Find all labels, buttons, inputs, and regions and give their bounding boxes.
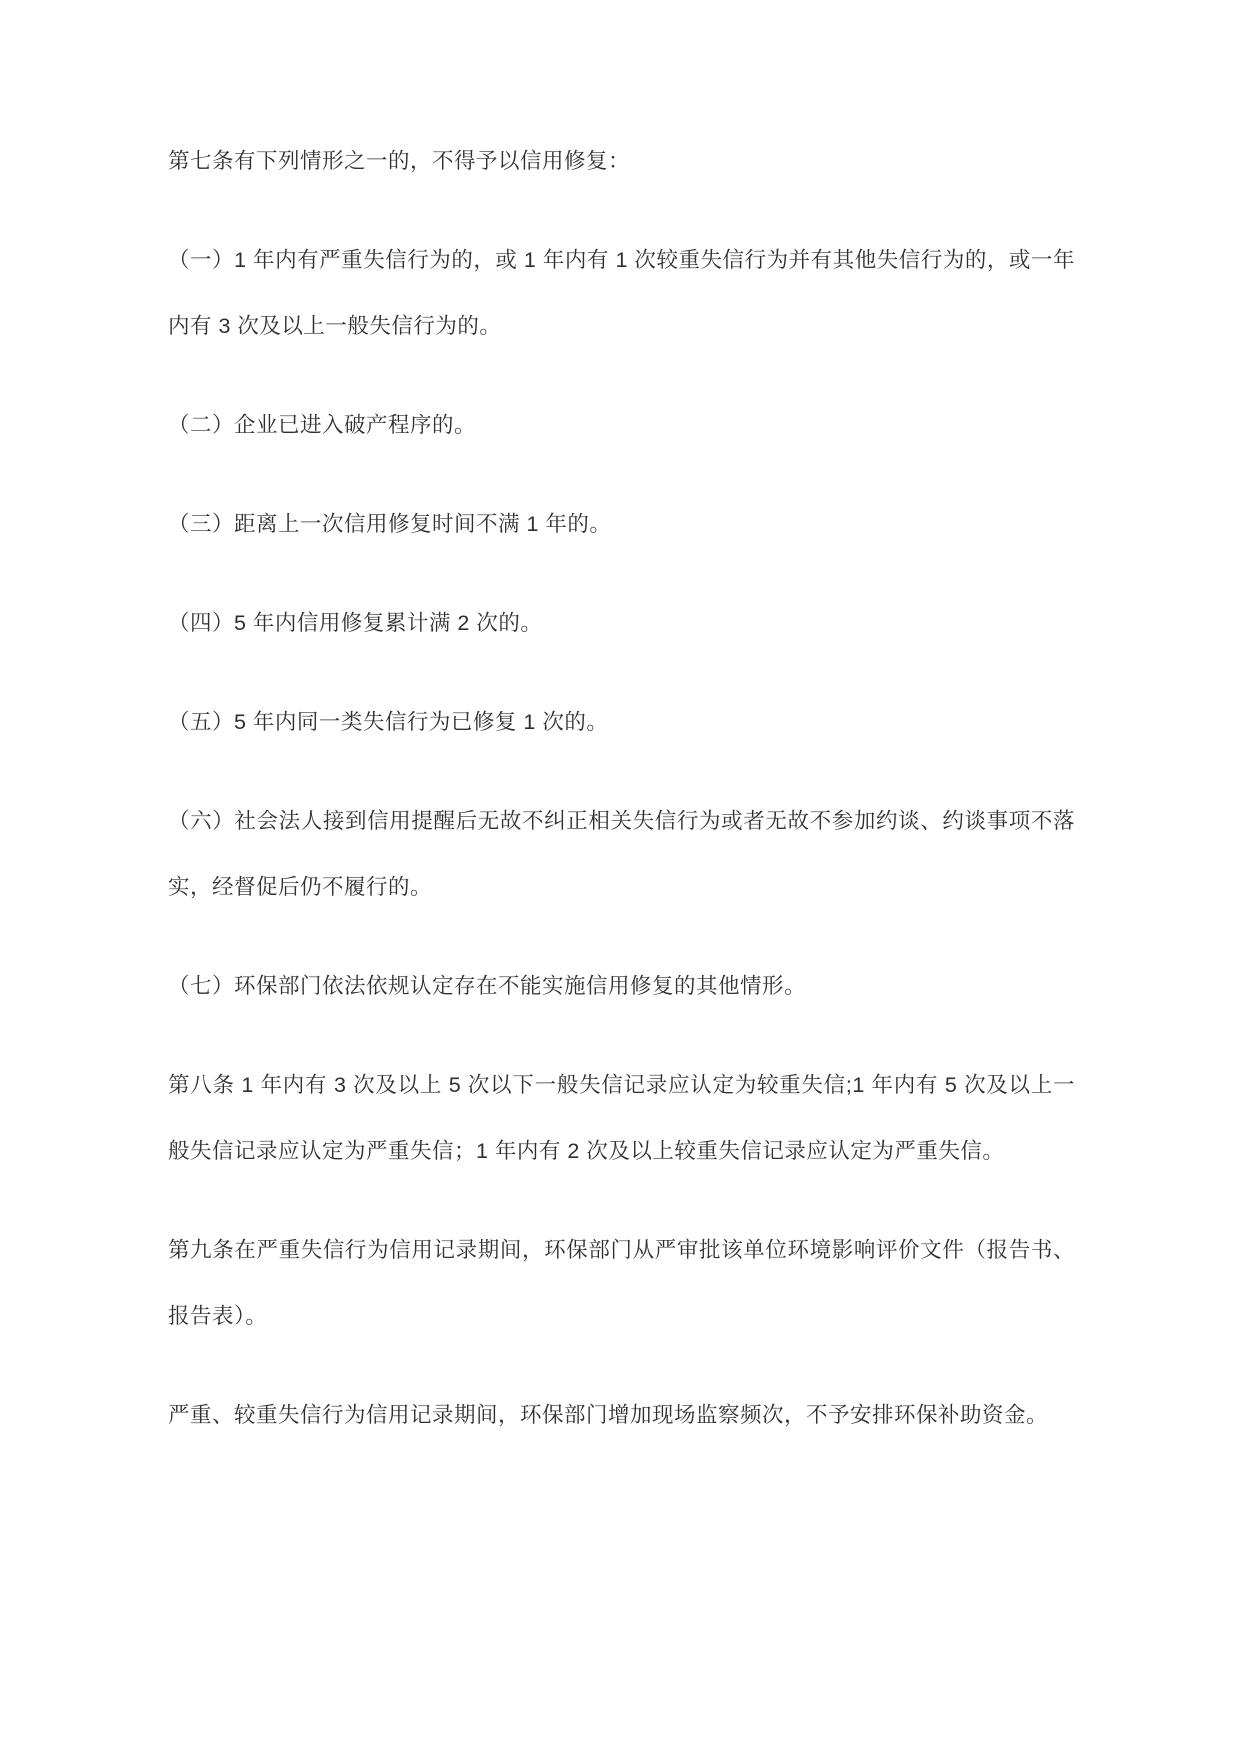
paragraph-article-9: 第九条在严重失信行为信用记录期间，环保部门从严审批该单位环境影响评价文件（报告书… <box>168 1217 1075 1349</box>
paragraph-item-4: （四）5 年内信用修复累计满 2 次的。 <box>168 590 1075 656</box>
document-body: 第七条有下列情形之一的，不得予以信用修复： （一）1 年内有严重失信行为的，或 … <box>168 128 1075 1448</box>
paragraph-item-6: （六）社会法人接到信用提醒后无故不纠正相关失信行为或者无故不参加约谈、约谈事项不… <box>168 788 1075 920</box>
paragraph-article-7-intro: 第七条有下列情形之一的，不得予以信用修复： <box>168 128 1075 194</box>
paragraph-item-3: （三）距离上一次信用修复时间不满 1 年的。 <box>168 491 1075 557</box>
paragraph-item-1: （一）1 年内有严重失信行为的，或 1 年内有 1 次较重失信行为并有其他失信行… <box>168 227 1075 359</box>
paragraph-article-8: 第八条 1 年内有 3 次及以上 5 次以下一般失信记录应认定为较重失信;1 年… <box>168 1052 1075 1184</box>
document-page: 第七条有下列情形之一的，不得予以信用修复： （一）1 年内有严重失信行为的，或 … <box>0 0 1241 1754</box>
paragraph-item-7: （七）环保部门依法依规认定存在不能实施信用修复的其他情形。 <box>168 953 1075 1019</box>
paragraph-item-2: （二）企业已进入破产程序的。 <box>168 392 1075 458</box>
paragraph-article-9-cont: 严重、较重失信行为信用记录期间，环保部门增加现场监察频次，不予安排环保补助资金。 <box>168 1382 1075 1448</box>
paragraph-item-5: （五）5 年内同一类失信行为已修复 1 次的。 <box>168 689 1075 755</box>
